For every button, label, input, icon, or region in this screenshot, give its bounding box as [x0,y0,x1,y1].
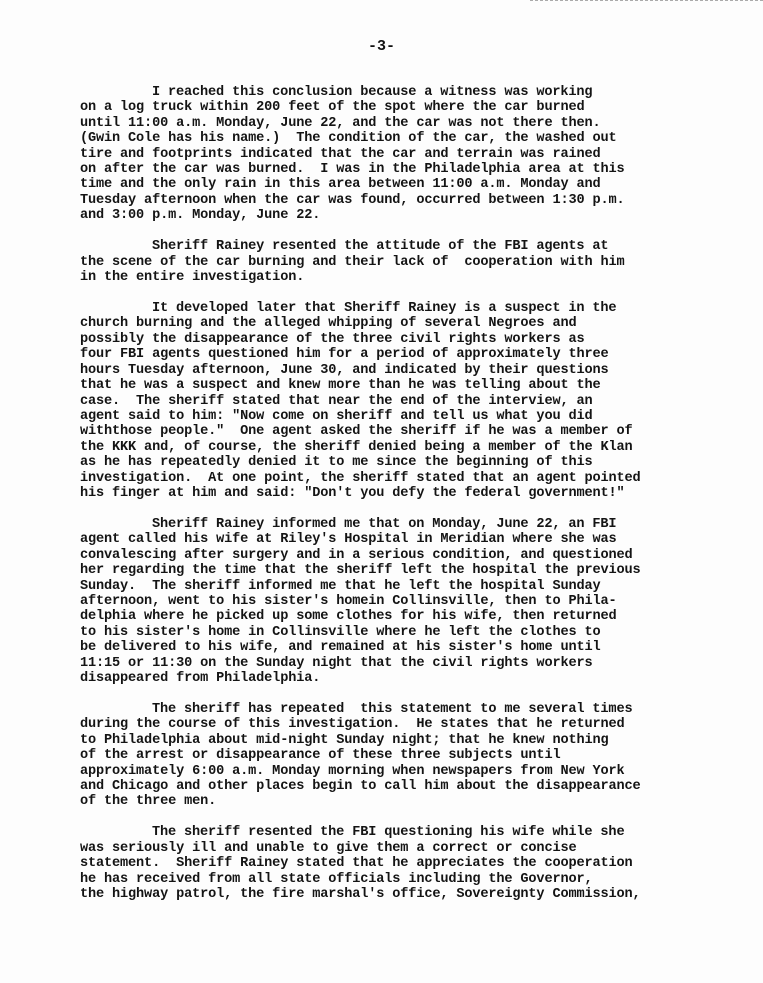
text-line: Sunday. The sheriff informed me that he … [80,579,740,594]
text-line: afternoon, went to his sister's homein C… [80,594,740,609]
text-line: the scene of the car burning and their l… [80,255,740,270]
text-line: Sheriff Rainey resented the attitude of … [80,239,740,254]
text-line: of the arrest or disappearance of these … [80,748,740,763]
text-line: hours Tuesday afternoon, June 30, and in… [80,363,740,378]
text-line: The sheriff has repeated this statement … [80,702,740,717]
text-line: investigation. At one point, the sheriff… [80,471,740,486]
text-line: withthose people." One agent asked the s… [80,424,740,439]
text-line: on after the car was burned. I was in th… [80,162,740,177]
text-line: the KKK and, of course, the sheriff deni… [80,440,740,455]
paragraph-conclusion: I reached this conclusion because a witn… [80,85,740,224]
text-line: and Chicago and other places begin to ca… [80,779,740,794]
top-border-divider [530,0,763,1]
text-line: that he was a suspect and knew more than… [80,378,740,393]
text-line: church burning and the alleged whipping … [80,316,740,331]
page-number: -3- [0,38,763,55]
text-line: four FBI agents questioned him for a per… [80,347,740,362]
paragraph-suspect: It developed later that Sheriff Rainey i… [80,301,740,501]
text-line: tire and footprints indicated that the c… [80,147,740,162]
text-line: the highway patrol, the fire marshal's o… [80,887,740,902]
text-line: approximately 6:00 a.m. Monday morning w… [80,764,740,779]
text-line: agent said to him: "Now come on sheriff … [80,409,740,424]
paragraph-resented-attitude: Sheriff Rainey resented the attitude of … [80,239,740,285]
text-line: her regarding the time that the sheriff … [80,563,740,578]
paragraph-wife-questioned: Sheriff Rainey informed me that on Monda… [80,517,740,686]
text-line: during the course of this investigation.… [80,717,740,732]
text-line: he has received from all state officials… [80,872,740,887]
text-line: delphia where he picked up some clothes … [80,609,740,624]
text-line: was seriously ill and unable to give the… [80,841,740,856]
text-line: disappeared from Philadelphia. [80,671,740,686]
text-line: to Philadelphia about mid-night Sunday n… [80,733,740,748]
document-body: I reached this conclusion because a witn… [80,85,740,918]
text-line: on a log truck within 200 feet of the sp… [80,100,740,115]
text-line: convalescing after surgery and in a seri… [80,548,740,563]
text-line: statement. Sheriff Rainey stated that he… [80,856,740,871]
text-line: to his sister's home in Collinsville whe… [80,625,740,640]
text-line: as he has repeatedly denied it to me sin… [80,455,740,470]
text-line: in the entire investigation. [80,270,740,285]
text-line: be delivered to his wife, and remained a… [80,640,740,655]
text-line: of the three men. [80,794,740,809]
text-line: time and the only rain in this area betw… [80,177,740,192]
text-line: The sheriff resented the FBI questioning… [80,825,740,840]
text-line: and 3:00 p.m. Monday, June 22. [80,208,740,223]
text-line: It developed later that Sheriff Rainey i… [80,301,740,316]
text-line: case. The sheriff stated that near the e… [80,394,740,409]
paragraph-cooperation: The sheriff resented the FBI questioning… [80,825,740,902]
text-line: (Gwin Cole has his name.) The condition … [80,131,740,146]
text-line: until 11:00 a.m. Monday, June 22, and th… [80,116,740,131]
text-line: his finger at him and said: "Don't you d… [80,486,740,501]
text-line: agent called his wife at Riley's Hospita… [80,532,740,547]
text-line: I reached this conclusion because a witn… [80,85,740,100]
text-line: 11:15 or 11:30 on the Sunday night that … [80,656,740,671]
paragraph-repeated-statement: The sheriff has repeated this statement … [80,702,740,810]
text-line: possibly the disappearance of the three … [80,332,740,347]
text-line: Tuesday afternoon when the car was found… [80,193,740,208]
text-line: Sheriff Rainey informed me that on Monda… [80,517,740,532]
